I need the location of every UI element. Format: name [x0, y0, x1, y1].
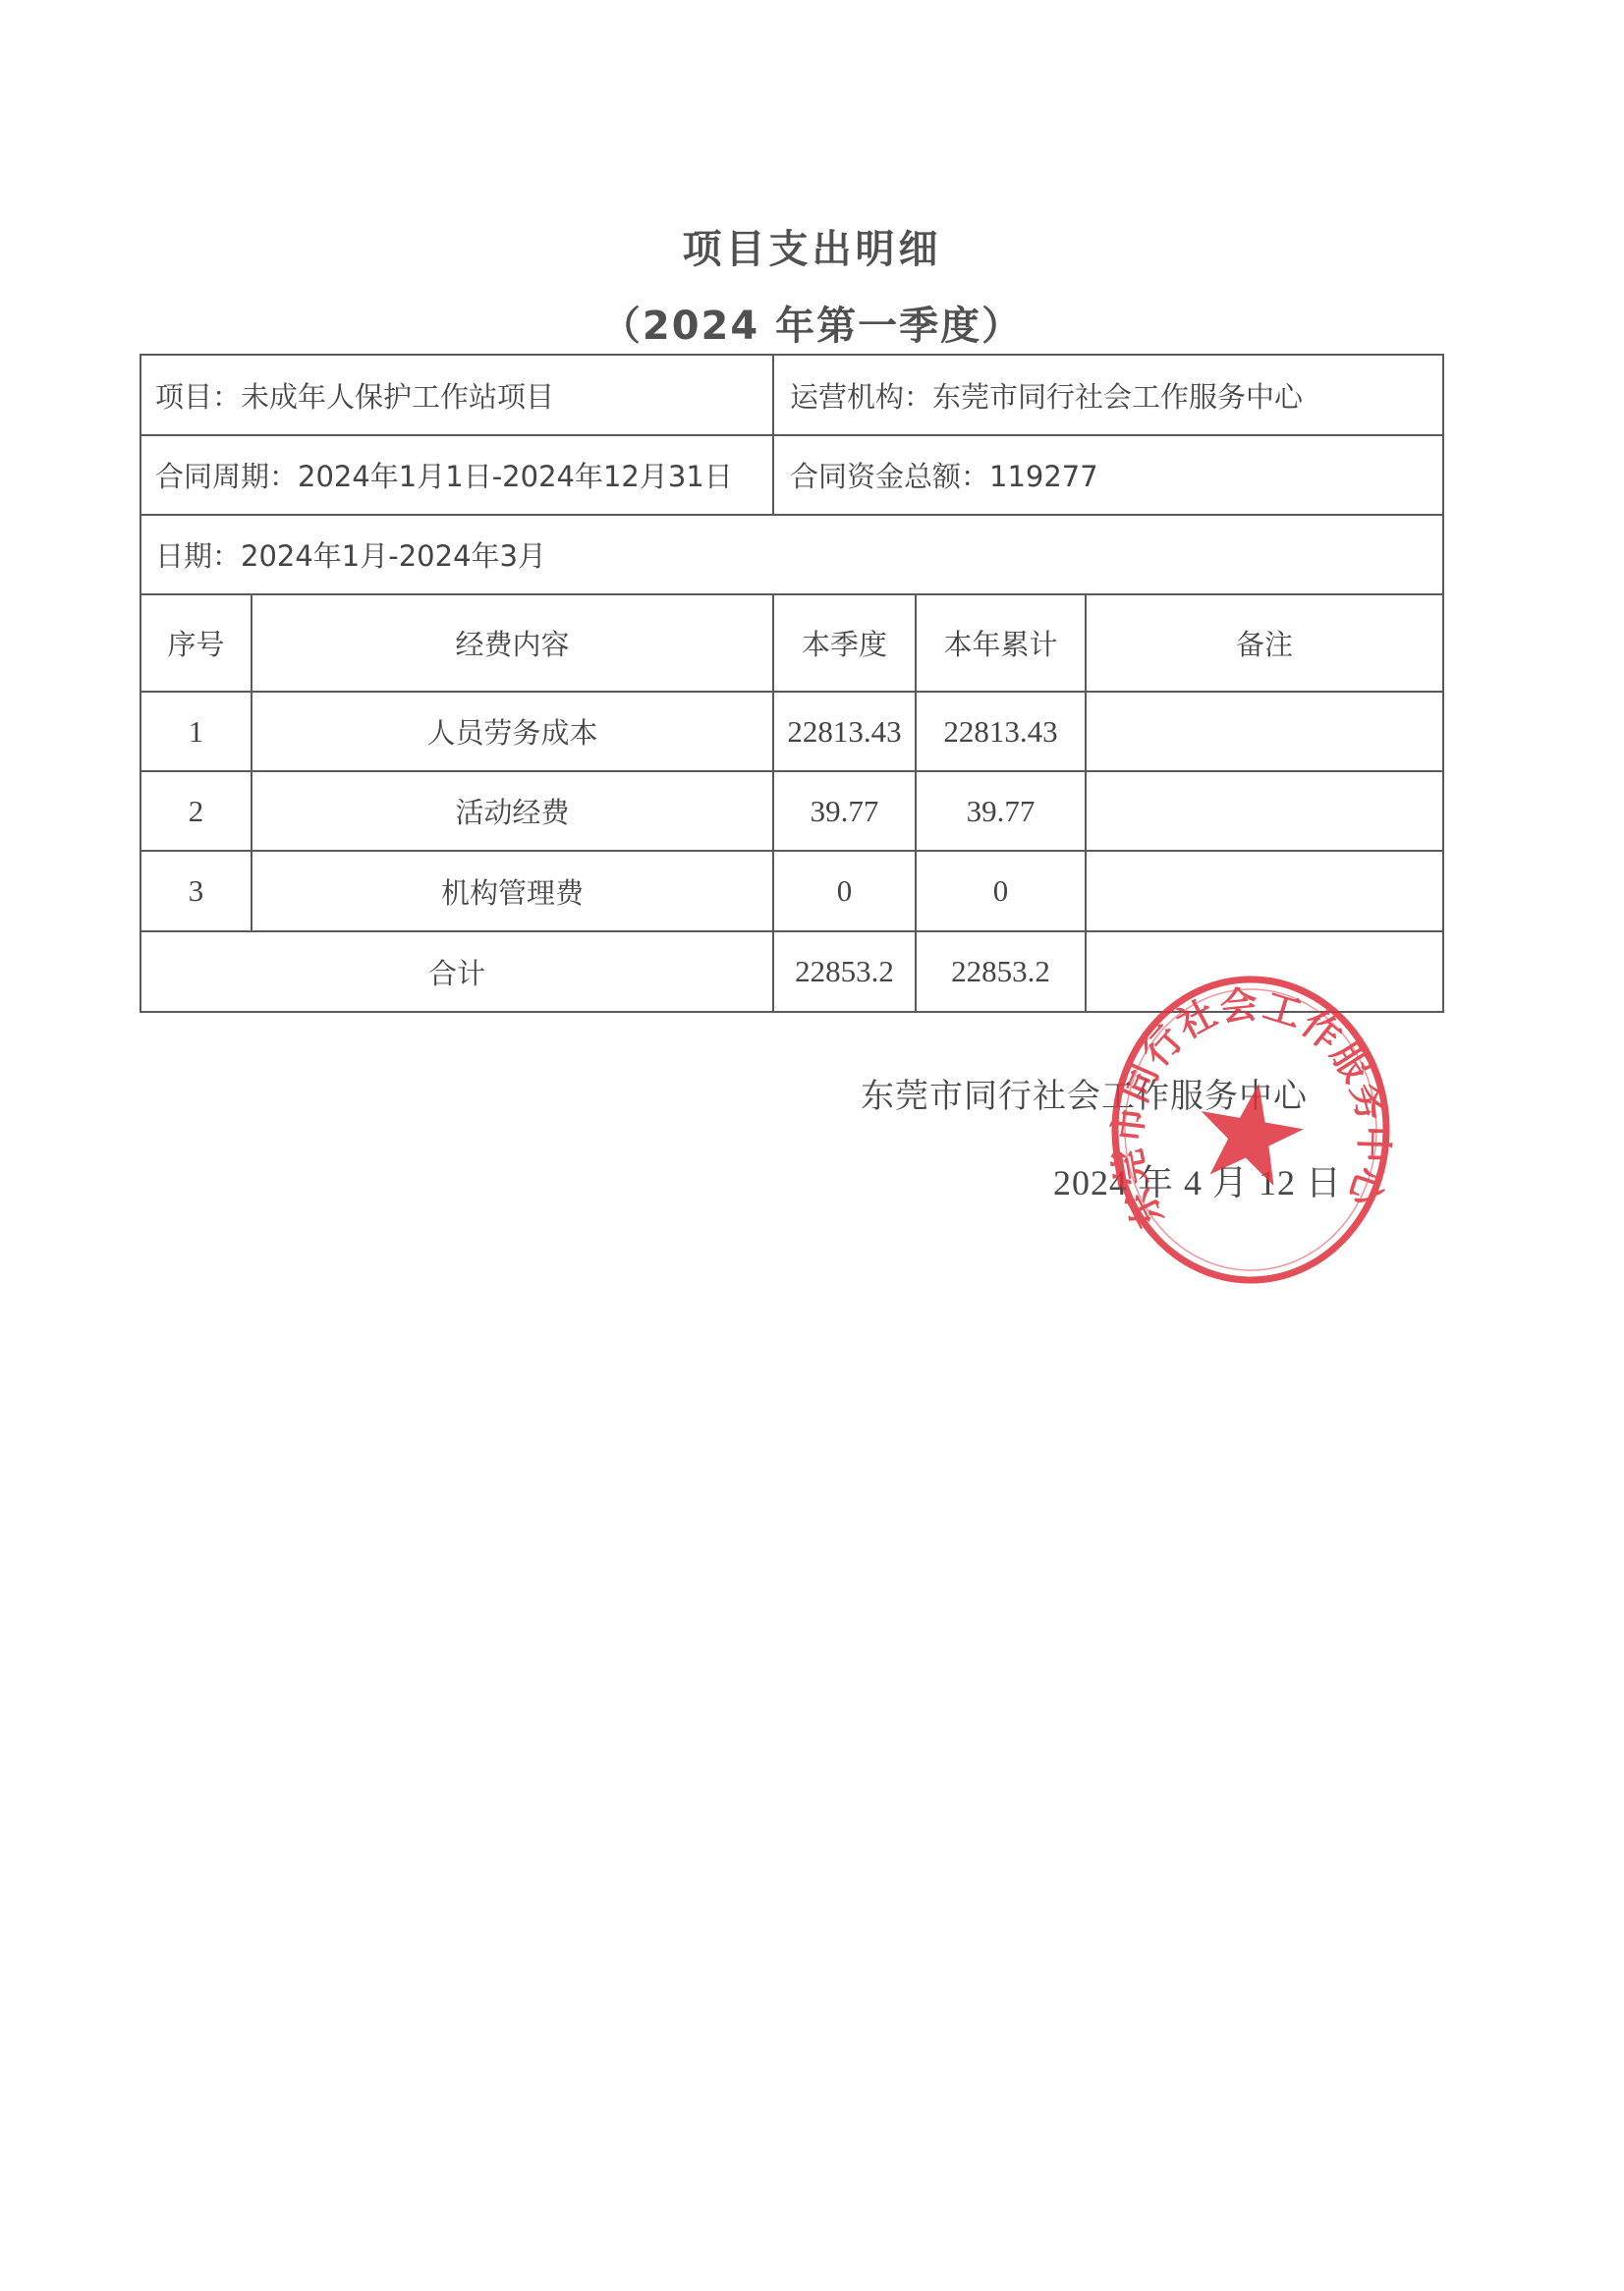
contract-total-amount: 合同资金总额：119277 [774, 436, 1442, 514]
row-remark [1087, 852, 1442, 930]
header-seq: 序号 [141, 595, 251, 691]
table-border-bottom [140, 1011, 1444, 1013]
table-border-right [1442, 354, 1444, 1013]
header-quarter: 本季度 [774, 595, 915, 691]
row-seq: 1 [141, 693, 251, 770]
row-ytd-amount: 22813.43 [917, 693, 1085, 770]
signature-date: 2024 年 4 月 12 日 [1053, 1155, 1342, 1205]
header-ytd: 本年累计 [917, 595, 1085, 691]
document-title: 项目支出明细 [0, 218, 1624, 274]
contract-period: 合同周期：2024年1月1日-2024年12月31日 [140, 436, 772, 514]
row-remark [1087, 693, 1442, 770]
row-content: 机构管理费 [252, 852, 772, 930]
project-name: 项目：未成年人保护工作站项目 [140, 356, 772, 434]
total-remark [1087, 932, 1442, 1011]
row-ytd-amount: 39.77 [917, 772, 1085, 850]
header-remark: 备注 [1087, 595, 1442, 691]
date-range: 日期：2024年1月-2024年3月 [140, 516, 1442, 593]
total-quarter-amount: 22853.2 [774, 932, 915, 1011]
row-content: 人员劳务成本 [252, 693, 772, 770]
signature-organization: 东莞市同行社会工作服务中心 [861, 1069, 1308, 1117]
operating-organization: 运营机构：东莞市同行社会工作服务中心 [774, 356, 1442, 434]
row-remark [1087, 772, 1442, 850]
row-seq: 3 [141, 852, 251, 930]
row-content: 活动经费 [252, 772, 772, 850]
total-label: 合计 [141, 932, 772, 1011]
header-content: 经费内容 [252, 595, 772, 691]
row-ytd-amount: 0 [917, 852, 1085, 930]
row-quarter-amount: 22813.43 [774, 693, 915, 770]
total-ytd-amount: 22853.2 [917, 932, 1085, 1011]
official-seal-icon: 东莞市同行社会工作服务中心 [1108, 973, 1393, 1287]
row-quarter-amount: 0 [774, 852, 915, 930]
document-subtitle: （2024 年第一季度） [0, 295, 1624, 351]
row-quarter-amount: 39.77 [774, 772, 915, 850]
row-seq: 2 [141, 772, 251, 850]
